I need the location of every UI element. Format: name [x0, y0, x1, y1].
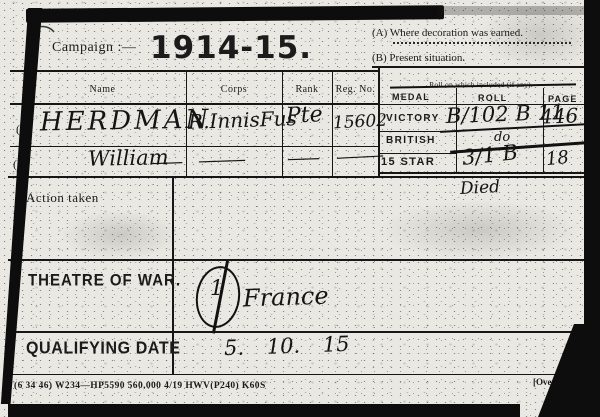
ditto-dash: ——— [198, 149, 244, 172]
col-header-corps: Corps [188, 84, 280, 95]
scan-edge-top-faint [438, 6, 584, 15]
scan-edge-corner [538, 324, 600, 417]
campaign-title: 1914-15. [150, 30, 312, 66]
qualifying-date-label: QUALIFYING DATE [26, 339, 180, 359]
reg-no-handwritten: 15602 [333, 111, 388, 134]
service-row-rule [10, 146, 378, 147]
dotted-underline [393, 42, 571, 44]
rule-action-bottom [8, 259, 585, 261]
action-taken-label: Action taken [26, 190, 99, 206]
star-page-handwritten: 18 [545, 147, 570, 170]
col-header-name: Name [20, 84, 185, 95]
corps-handwritten: R.InnisFus [188, 106, 298, 134]
col-header-medal: MEDAL [392, 92, 430, 102]
rank-handwritten: Pte [285, 102, 323, 129]
scan-edge-top [26, 5, 444, 23]
ditto-dash: —— [287, 147, 318, 169]
surname-handwritten: HERDMAN [40, 105, 212, 138]
rule-under-header [10, 70, 380, 72]
note-present-situation: (B) Present situation. [372, 52, 465, 64]
medal-row-rule [378, 153, 456, 154]
scan-smudge [380, 200, 580, 260]
theatre-of-war-label: THEATRE OF WAR. [28, 271, 181, 289]
campaign-label: Campaign :— [52, 40, 136, 56]
note-where-earned: (A) Where decoration was earned. [372, 27, 523, 39]
col-header-rank: Rank [284, 84, 330, 95]
died-annotation: Died [460, 177, 501, 199]
medal-index-card: Campaign :— 1914-15. (A) Where decoratio… [0, 0, 600, 417]
ditto-dash: ——— [335, 145, 381, 168]
rule-under-notes [372, 66, 584, 68]
qualifying-date-handwritten: 5. 10. 15 [224, 332, 350, 360]
medal-star-label: 15 STAR [381, 156, 435, 168]
ditto-dash: —— [150, 151, 181, 173]
theatre-value-handwritten: France [243, 282, 329, 313]
star-roll-handwritten: 3/1 B [461, 140, 519, 170]
rule-footer [8, 374, 585, 375]
medal-victory-label: VICTORY [386, 113, 440, 124]
print-code: (6 34 46) W234—HP5590 560,000 4/19 HWV(P… [14, 381, 266, 391]
scan-smudge [60, 210, 180, 260]
medal-bottom-rule [378, 172, 585, 174]
scan-edge-bottom [8, 404, 520, 417]
medal-british-label: BRITISH [386, 135, 436, 146]
col-header-reg-no: Reg. No. [333, 84, 378, 95]
